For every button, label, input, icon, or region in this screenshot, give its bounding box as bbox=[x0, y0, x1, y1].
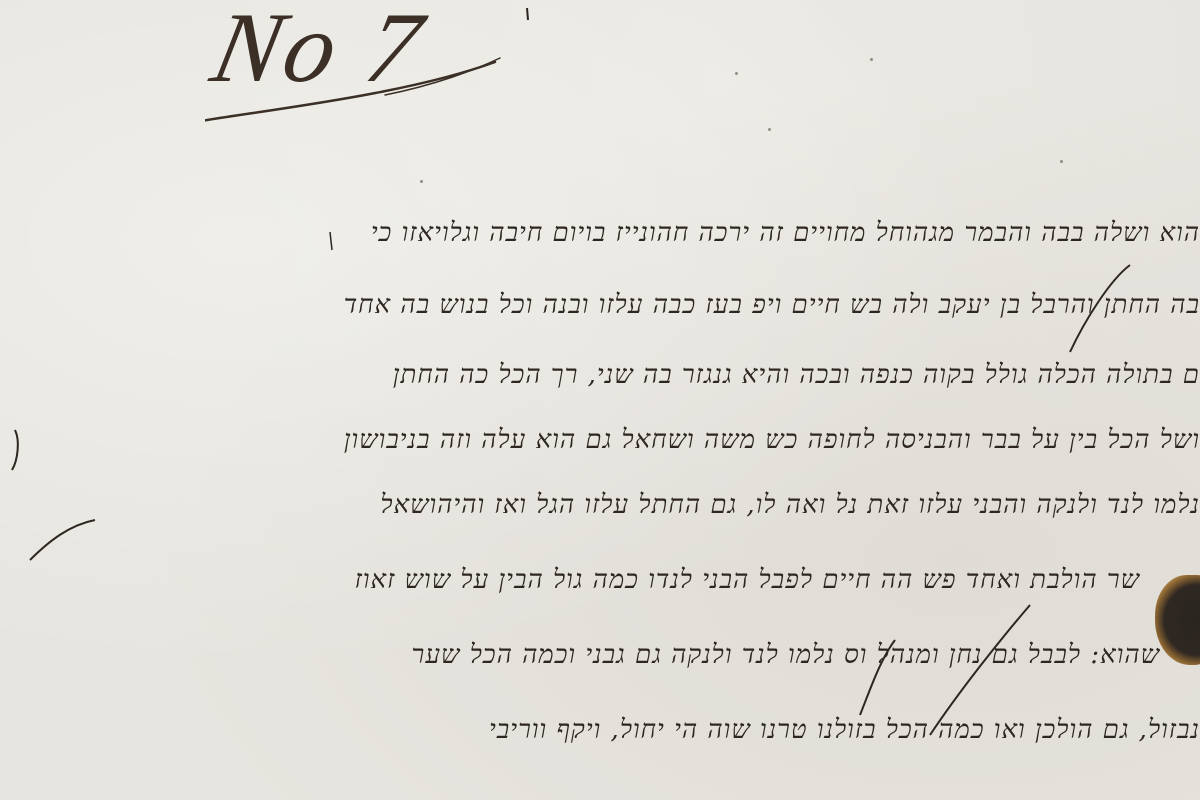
paper-speck bbox=[870, 58, 873, 61]
paper-speck bbox=[735, 72, 738, 75]
paper-speck bbox=[420, 180, 423, 183]
manuscript-page: No 7 הוא ושלה בבה והבמר מגהוחל מחויים זה… bbox=[0, 0, 1200, 800]
pen-flourishes bbox=[0, 0, 1200, 800]
paper-speck bbox=[768, 128, 771, 131]
paper-speck bbox=[1060, 160, 1063, 163]
